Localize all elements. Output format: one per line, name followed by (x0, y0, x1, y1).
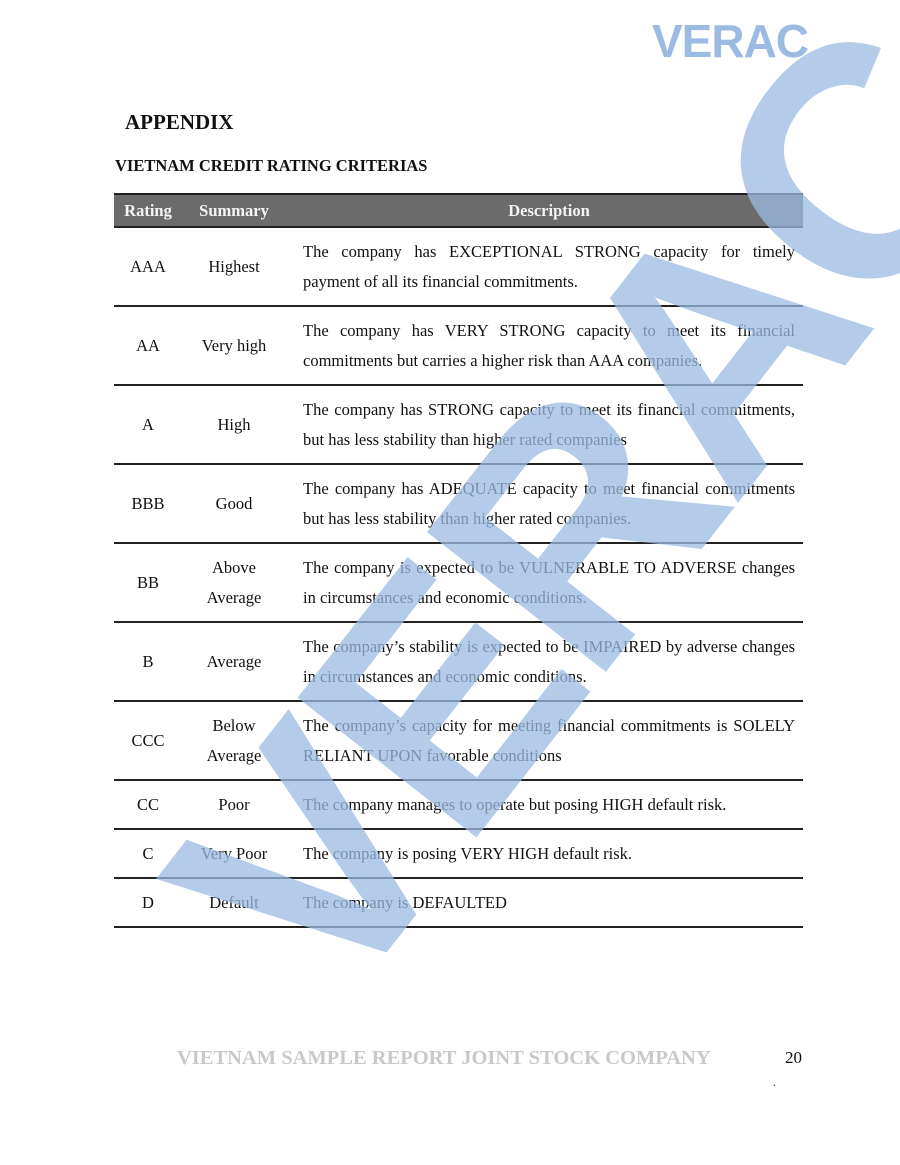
description-cell: The company has VERY STRONG capacity to … (286, 306, 803, 385)
verac-logo: VERAC (652, 18, 808, 64)
rating-cell: D (114, 878, 182, 927)
rating-cell: BBB (114, 464, 182, 543)
section-title: APPENDIX (125, 110, 234, 135)
description-cell: The company has ADEQUATE capacity to mee… (286, 464, 803, 543)
summary-cell: Default (182, 878, 286, 927)
description-cell: The company is DEFAULTED (286, 878, 803, 927)
page-subtitle: VIETNAM CREDIT RATING CRITERIAS (115, 156, 428, 176)
column-header-rating: Rating (114, 194, 182, 227)
summary-cell: High (182, 385, 286, 464)
rating-cell: CC (114, 780, 182, 829)
column-header-description: Description (286, 194, 803, 227)
rating-cell: AAA (114, 227, 182, 306)
table-row: AHighThe company has STRONG capacity to … (114, 385, 803, 464)
table-row: CCCBelowAverageThe company’s capacity fo… (114, 701, 803, 780)
table-row: BAverageThe company’s stability is expec… (114, 622, 803, 701)
credit-rating-table: Rating Summary Description AAAHighestThe… (114, 193, 803, 928)
table-row: AAVery highThe company has VERY STRONG c… (114, 306, 803, 385)
rating-cell: A (114, 385, 182, 464)
rating-cell: AA (114, 306, 182, 385)
page-number: 20 (785, 1048, 802, 1068)
summary-cell: Good (182, 464, 286, 543)
summary-cell: Highest (182, 227, 286, 306)
table-row: CVery PoorThe company is posing VERY HIG… (114, 829, 803, 878)
rating-cell: C (114, 829, 182, 878)
table-row: BBBGoodThe company has ADEQUATE capacity… (114, 464, 803, 543)
summary-cell: Very high (182, 306, 286, 385)
description-cell: The company’s stability is expected to b… (286, 622, 803, 701)
description-cell: The company has EXCEPTIONAL STRONG capac… (286, 227, 803, 306)
rating-cell: BB (114, 543, 182, 622)
table-row: BBAboveAverageThe company is expected to… (114, 543, 803, 622)
table-header-row: Rating Summary Description (114, 194, 803, 227)
summary-cell: Average (182, 622, 286, 701)
summary-cell: BelowAverage (182, 701, 286, 780)
footer-company-name: VIETNAM SAMPLE REPORT JOINT STOCK COMPAN… (177, 1047, 711, 1070)
footer-dot: . (773, 1075, 776, 1090)
description-cell: The company is posing VERY HIGH default … (286, 829, 803, 878)
summary-cell: Poor (182, 780, 286, 829)
summary-cell: AboveAverage (182, 543, 286, 622)
description-cell: The company is expected to be VULNERABLE… (286, 543, 803, 622)
rating-cell: B (114, 622, 182, 701)
table-row: AAAHighestThe company has EXCEPTIONAL ST… (114, 227, 803, 306)
column-header-summary: Summary (182, 194, 286, 227)
table-row: CCPoorThe company manages to operate but… (114, 780, 803, 829)
description-cell: The company’s capacity for meeting finan… (286, 701, 803, 780)
rating-cell: CCC (114, 701, 182, 780)
summary-cell: Very Poor (182, 829, 286, 878)
table-row: DDefaultThe company is DEFAULTED (114, 878, 803, 927)
description-cell: The company has STRONG capacity to meet … (286, 385, 803, 464)
description-cell: The company manages to operate but posin… (286, 780, 803, 829)
